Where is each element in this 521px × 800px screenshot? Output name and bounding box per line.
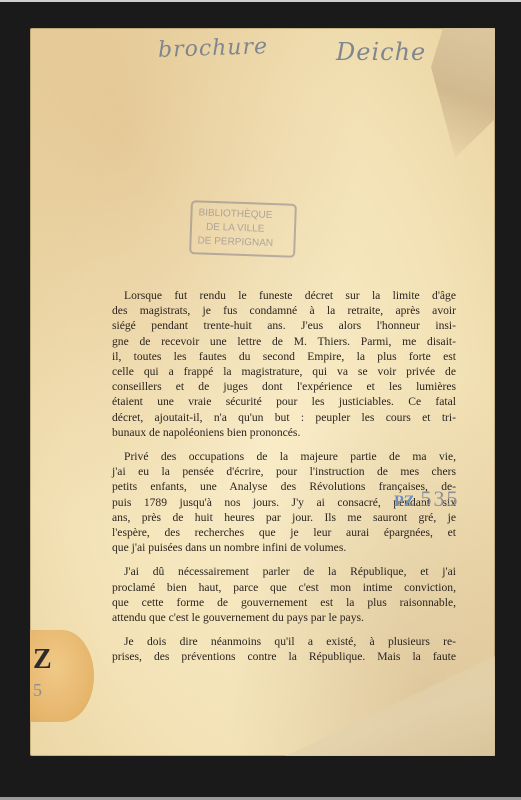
handwritten-note-left: brochure bbox=[158, 34, 269, 63]
text-line: prises, des préventions contre la Républ… bbox=[112, 649, 456, 664]
text-line: que j'ai puisées dans un nombre infini d… bbox=[112, 540, 456, 555]
text-line: Je dois dire néanmoins qu'il a existé, à… bbox=[112, 634, 456, 649]
text-line: siégé pendant trente-huit ans. J'eus alo… bbox=[112, 318, 456, 333]
text-line: que cette forme de gouvernement est la p… bbox=[112, 595, 456, 610]
library-stamp: BIBLIOTHÈQUE DE LA VILLE DE PERPIGNAN bbox=[189, 200, 297, 258]
sticker-letter: Z bbox=[33, 644, 52, 676]
text-line: Privé des occupations de la majeure part… bbox=[112, 449, 456, 464]
text-line: décret, ajoutait-il, n'a qu'un but : peu… bbox=[112, 410, 456, 425]
document-page: brochure Deiche BIBLIOTHÈQUE DE LA VILLE… bbox=[30, 28, 495, 756]
scan-top-edge bbox=[0, 0, 521, 2]
handwritten-note-right: Deiche bbox=[336, 38, 426, 66]
shelfmark-number: 535 bbox=[420, 486, 459, 511]
body-text: Lorsque fut rendu le funeste décret sur … bbox=[112, 288, 456, 674]
folded-corner-top-right bbox=[415, 28, 495, 158]
text-line: étaient une vraie sécurité pour les just… bbox=[112, 394, 456, 409]
paragraph-4: Je dois dire néanmoins qu'il a existé, à… bbox=[112, 634, 456, 664]
stamp-line: DE PERPIGNAN bbox=[197, 234, 287, 251]
text-line: J'ai dû nécessairement parler de la Répu… bbox=[112, 564, 456, 579]
text-line: conseillers et de juges dont l'expérienc… bbox=[112, 379, 456, 394]
text-line: gne de recevoir une lettre de M. Thiers.… bbox=[112, 334, 456, 349]
text-line: des magistrats, je fus condamné à la ret… bbox=[112, 303, 456, 318]
shelfmark-stamp: PZ535 bbox=[394, 486, 459, 512]
paragraph-1: Lorsque fut rendu le funeste décret sur … bbox=[112, 288, 456, 440]
text-line: ans, près de huit heures par jour. Ils m… bbox=[112, 510, 456, 525]
paragraph-3: J'ai dû nécessairement parler de la Répu… bbox=[112, 564, 456, 625]
text-line: celle qui a frappé la magistrature, qui … bbox=[112, 364, 456, 379]
text-line: attendu que c'est le gouvernement du pay… bbox=[112, 610, 456, 625]
text-line: bunaux de napoléoniens bien prononcés. bbox=[112, 425, 456, 440]
text-line: l'espère, des recherches que je leur aur… bbox=[112, 525, 456, 540]
sticker-digit: 5 bbox=[33, 680, 42, 701]
text-line: proclamé bien haut, parce que c'est mon … bbox=[112, 580, 456, 595]
library-label-sticker: Z 5 bbox=[30, 630, 94, 722]
text-line: Lorsque fut rendu le funeste décret sur … bbox=[112, 288, 456, 303]
shelfmark-prefix: PZ bbox=[394, 493, 414, 510]
text-line: il, toutes les fautes du second Empire, … bbox=[112, 349, 456, 364]
text-line: j'ai eu la pensée d'écrire, pour l'instr… bbox=[112, 464, 456, 479]
